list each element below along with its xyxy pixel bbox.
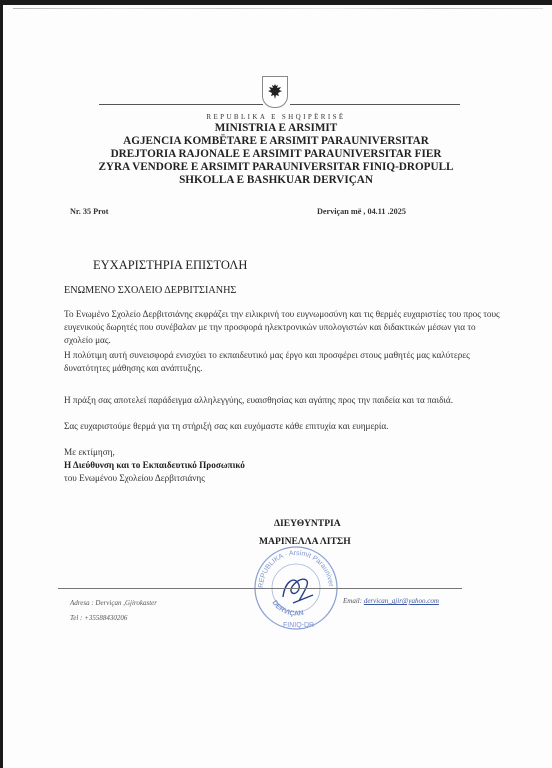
letter-title: ΕΥΧΑΡΙΣΤΗΡΙΑ ΕΠΙΣΤΟΛΗ	[93, 258, 247, 273]
scan-edge	[13, 8, 543, 9]
double-headed-eagle-icon	[262, 76, 288, 108]
footer-email-link[interactable]: dervican_gjir@yahoo.com	[364, 597, 439, 605]
agency-line: AGJENCIA KOMBËTARE E ARSIMIT PARAUNIVERS…	[0, 135, 552, 148]
svg-text:REPUBLIKA · Arsimit Parauniver: REPUBLIKA · Arsimit Parauniversitar	[253, 545, 334, 588]
footer-email-label: Email:	[343, 597, 362, 605]
footer-address: Adresa : Derviçan ,Gjirokaster	[70, 599, 157, 607]
svg-text:DERVIÇAN: DERVIÇAN	[271, 599, 305, 617]
footer-rule	[58, 588, 462, 589]
ministry-line: MINISTRIA E ARSIMIT	[0, 122, 552, 135]
protocol-number: Nr. 35 Prot	[70, 207, 108, 216]
footer-phone: Tel : +35588430206	[70, 614, 127, 622]
letter-subtitle: ΕΝΩΜΕΝΟ ΣΧΟΛΕΙΟ ΔΕΡΒΙΤΣΙΑΝΗΣ	[64, 285, 236, 296]
paragraph-2: Η πολύτιμη αυτή συνεισφορά ενισχύει το ε…	[64, 349, 504, 375]
closing-salutation: Με εκτίμηση,	[64, 446, 115, 459]
svg-text:FINIQ-DR: FINIQ-DR	[283, 622, 314, 629]
country-name: REPUBLIKA E SHQIPËRISË	[0, 113, 552, 121]
local-office-line: ZYRA VENDORE E ARSIMIT PARAUNIVERSITAR F…	[0, 161, 552, 174]
directorate-line: DREJTORIA RAJONALE E ARSIMIT PARAUNIVERS…	[0, 148, 552, 161]
paragraph-3: Η πράξη σας αποτελεί παράδειγμα αλληλεγγ…	[64, 394, 504, 407]
place-date: Derviçan më , 04.11 .2025	[317, 207, 406, 216]
school-line: SHKOLLA E BASHKUAR DERVIÇAN	[0, 174, 552, 187]
footer-email-row: Email: dervican_gjir@yahoo.com	[343, 597, 439, 605]
closing-signatory: Η Διεύθυνση και το Εκπαιδευτικό Προσωπικ…	[64, 459, 245, 472]
header-rule-right	[290, 104, 460, 105]
paragraph-4: Σας ευχαριστούμε θερμά για τη στήριξή σα…	[64, 420, 504, 433]
signatory-role: ΔΙΕΥΘΥΝΤΡΙΑ	[274, 518, 341, 529]
closing-organization: του Ενωμένου Σχολείου Δερβιτσιάνης	[64, 472, 205, 485]
paragraph-1: Το Ενωμένο Σχολείο Δερβιτσιάνης εκφράζει…	[64, 308, 504, 348]
header-rule-left	[99, 104, 263, 105]
